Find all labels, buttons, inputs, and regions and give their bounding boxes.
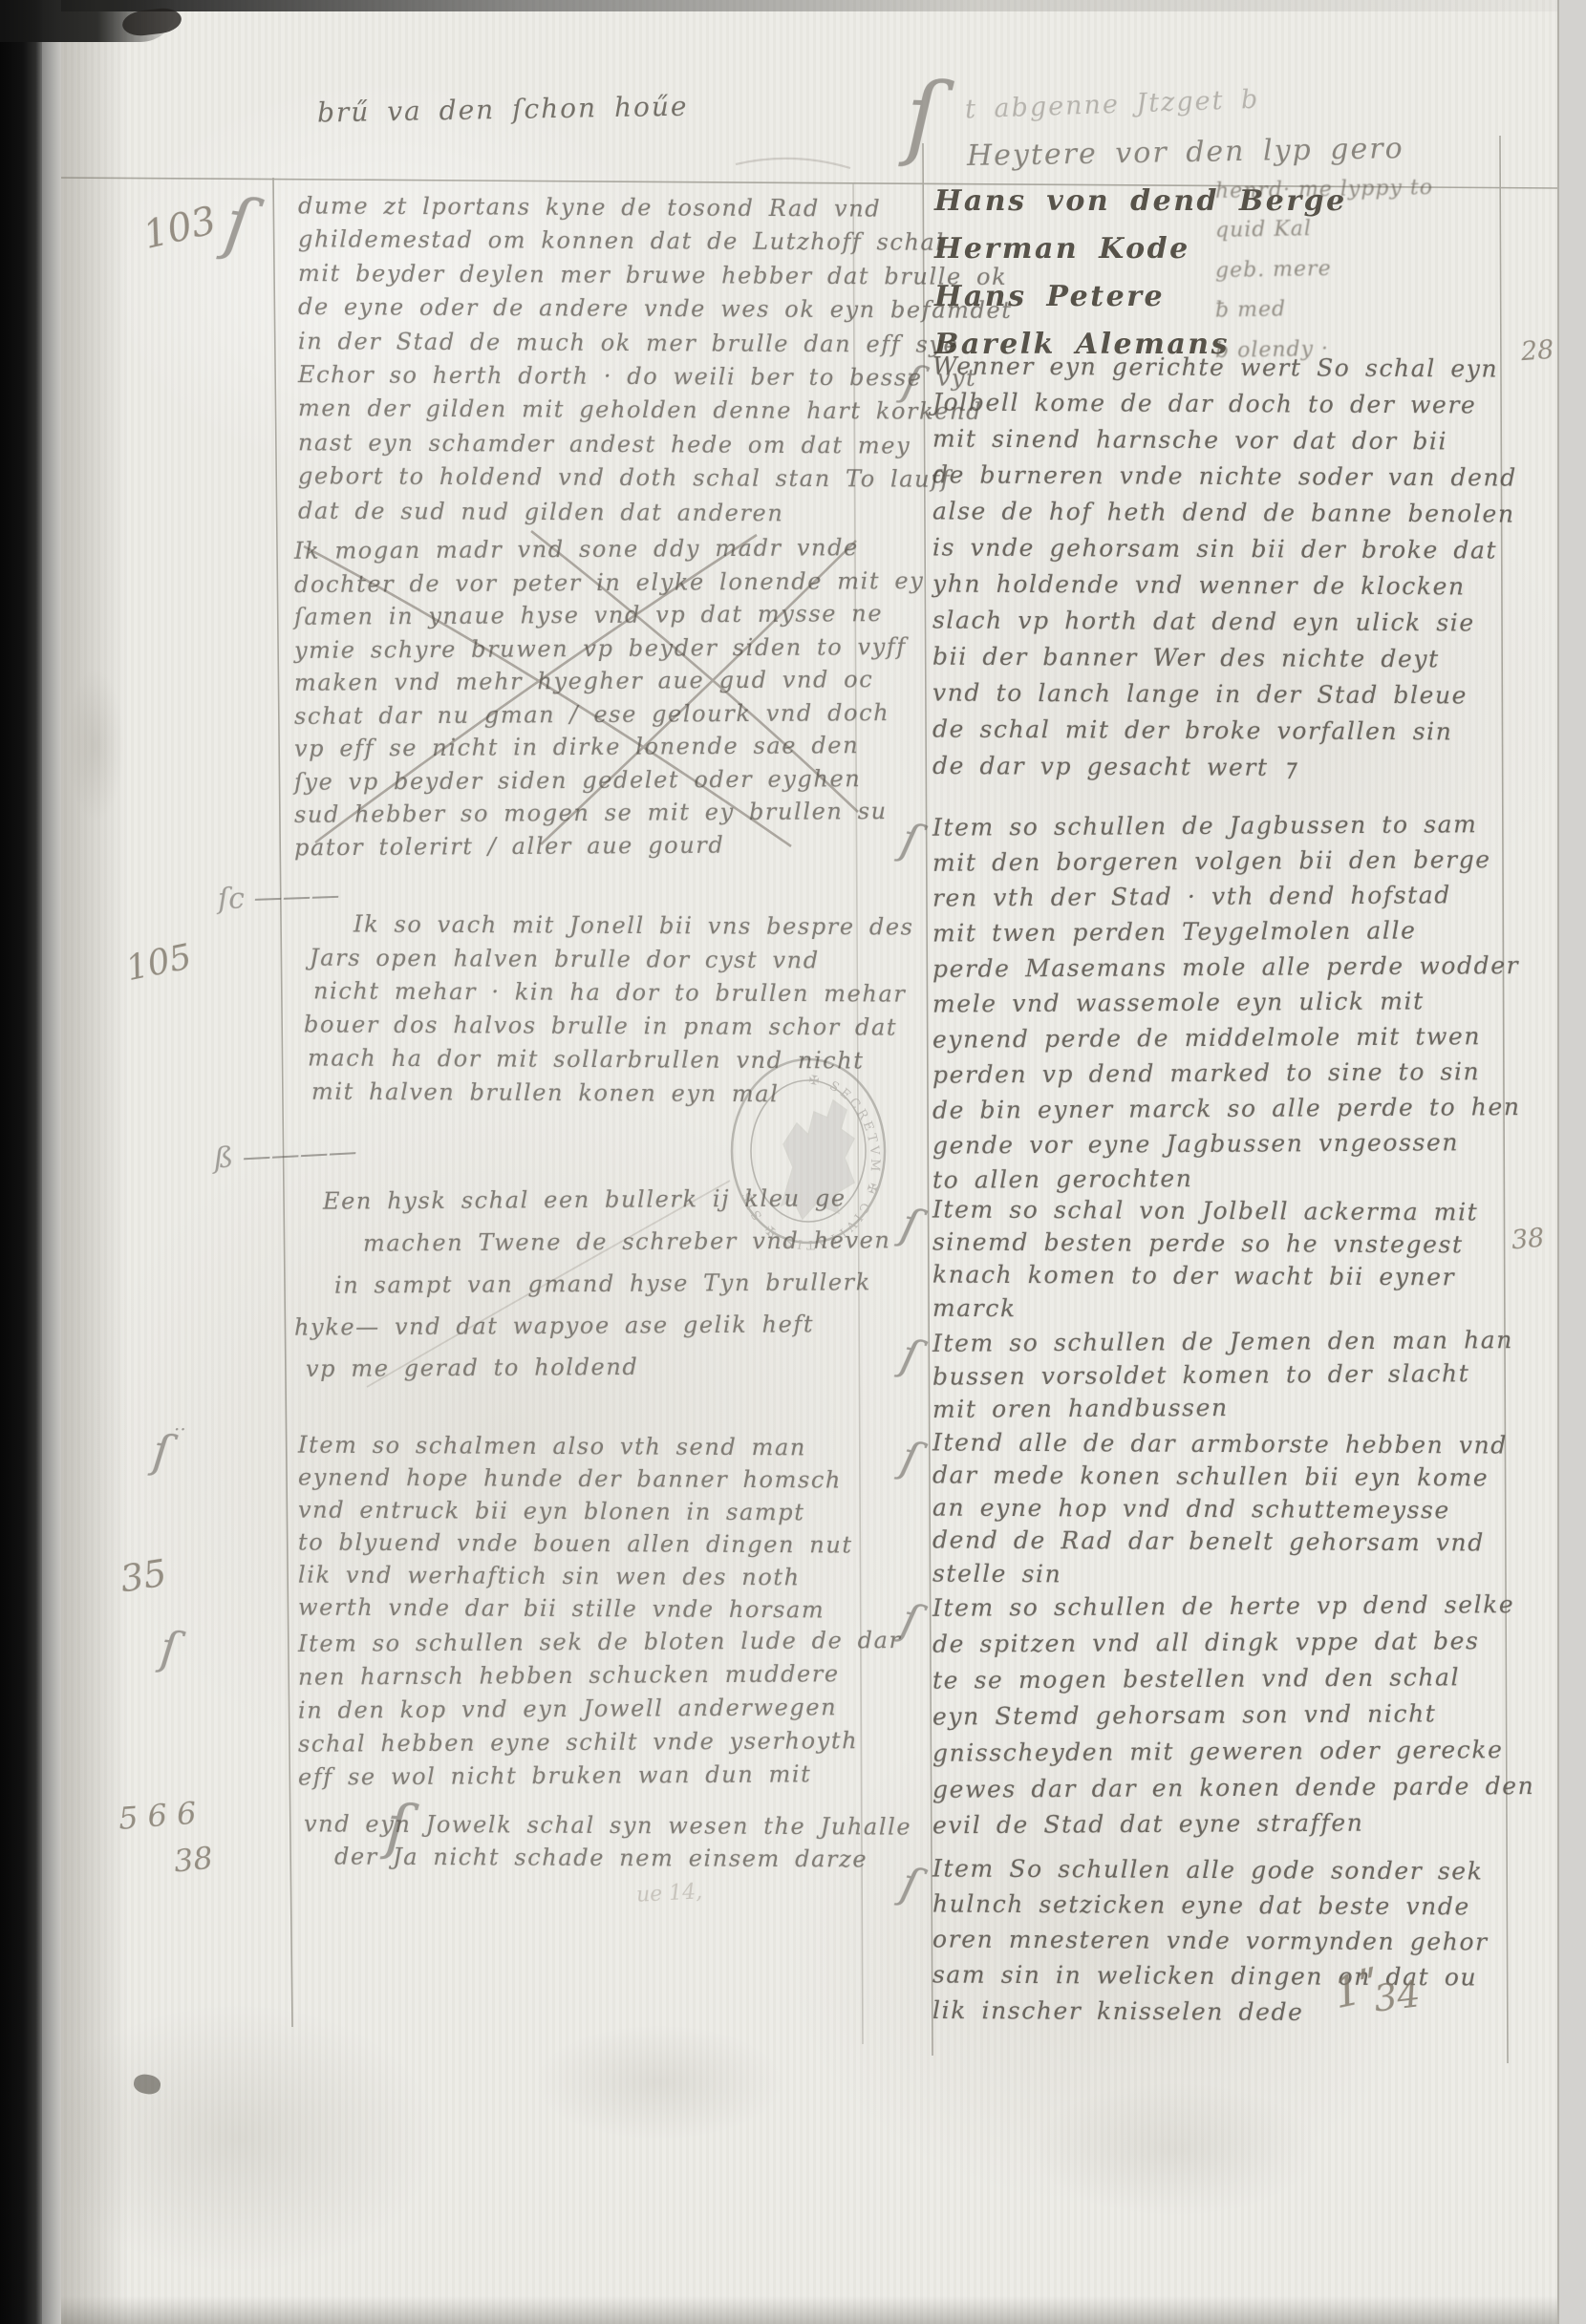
manuscript-text-line: gebort to holdend vnd doth schal stan To… xyxy=(298,462,951,493)
manuscript-text-line: schal hebben eyne schilt vnde yserhoyth xyxy=(298,1727,858,1758)
manuscript-text-line: ſamen in ynaue hyse vnd vp dat mysse ne xyxy=(294,600,883,630)
manuscript-text-line: ſye vp beyder siden gedelet oder eyghen xyxy=(294,765,861,796)
manuscript-text-line: Jolbell kome de dar doch to der were xyxy=(932,389,1477,419)
manuscript-text-line: sinemd besten perde so he vnstegest xyxy=(932,1228,1464,1259)
manuscript-text-line: nast eyn schamder andest hede om dat mey xyxy=(298,429,911,458)
manuscript-text-line: in den kop vnd eyn Jowell anderwegen xyxy=(298,1694,837,1723)
manuscript-text-line: mach ha dor mit sollarbrullen vnd nicht xyxy=(308,1044,865,1074)
manuscript-text-line: stelle sin xyxy=(932,1560,1061,1588)
name-note: b olendy · xyxy=(1215,337,1329,363)
flourish-stroke xyxy=(736,159,850,168)
manuscript-text-line: eynend hope hunde der banner homsch xyxy=(298,1464,842,1494)
manuscript-text-line: oren mnesteren vnde vormynden gehor xyxy=(932,1925,1489,1955)
manuscript-text-line: ghildemestad om konnen dat de Lutzhoff s… xyxy=(298,226,945,257)
manuscript-text-line: Ik mogan madr vnd sone ddy madr vnde xyxy=(294,534,859,565)
manuscript-text-line: slach vp horth dat dend eyn ulick sie xyxy=(932,607,1475,637)
manuscript-text-line: to allen gerochten xyxy=(932,1164,1193,1194)
paragraph-mark: ſc ——— xyxy=(217,879,340,916)
manuscript-text-line: is vnde gehorsam sin bii der broke dat xyxy=(932,533,1497,564)
margin-number: 38 xyxy=(172,1840,214,1880)
manuscript-text-line: dat de sud nud gilden dat anderen xyxy=(298,497,784,526)
manuscript-text-line: Item so schullen sek de bloten lude de d… xyxy=(298,1627,902,1657)
name-note: ƀ med xyxy=(1215,297,1286,322)
manuscript-scan-page: ✠ SECRETVM ✠ CIVITATIS ✠ SIS brű va den … xyxy=(0,0,1586,2324)
manuscript-text-line: men der gilden mit geholden denne hart k… xyxy=(298,395,982,426)
manuscript-text-line: mit oren handbussen xyxy=(932,1394,1229,1423)
manuscript-text-line: vp eff se nicht in dirke lonende sae den xyxy=(294,732,859,762)
name-note: quid Kal xyxy=(1215,217,1312,243)
manuscript-text-line: bussen vorsoldet komen to der slacht xyxy=(932,1359,1470,1390)
manuscript-text-line: Echor so herth dorth · do weili ber to b… xyxy=(298,361,976,392)
manuscript-text-line: nicht mehar · kin ha dor to brullen meha… xyxy=(313,977,907,1007)
manuscript-text-line: perde Masemans mole alle perde wodder xyxy=(932,951,1519,983)
left-page-heading: brű va den ſchon hoűe xyxy=(317,91,689,129)
manuscript-text-line: nen harnsch hebben schucken muddere xyxy=(298,1660,840,1690)
manuscript-text-line: lik vnd werhaftich sin wen des noth xyxy=(298,1562,801,1591)
manuscript-text-line: mit beyder deylen mer bruwe hebber dat b… xyxy=(298,260,1007,290)
manuscript-text-line: Itend alle de dar armborste hebben vnd xyxy=(932,1428,1508,1459)
manuscript-text-line: eff se wol nicht bruken wan dun mit xyxy=(298,1760,812,1790)
manuscript-text-line: pator tolerirt / aller aue gourd xyxy=(294,831,724,861)
manuscript-text-line: hyke— vnd dat wapyoe ase gelik heft xyxy=(294,1311,814,1340)
manuscript-text-line: evil de Stad dat eyne straffen xyxy=(932,1809,1364,1840)
manuscript-text-line: gende vor eyne Jagbussen vngeossen xyxy=(932,1128,1459,1159)
manuscript-text-line: gnisscheyden mit geweren oder gerecke xyxy=(932,1736,1504,1767)
manuscript-text-line: Item So schullen alle gode sonder sek xyxy=(932,1854,1484,1885)
manuscript-text-line: eyn Stemd gehorsam son vnd nicht xyxy=(932,1699,1437,1730)
manuscript-text-line: mit sinend harnsche vor dat dor bii xyxy=(932,425,1447,456)
manuscript-text-line: mit halven brullen konen eyn mal xyxy=(311,1078,780,1108)
manuscript-text-line: schat dar nu gman / ese gelourk vnd doch xyxy=(294,699,889,730)
name-note: henrd· me lyppy to xyxy=(1215,176,1433,203)
right-column-left-rule xyxy=(923,143,932,2056)
manuscript-text-line: bouer dos halvos brulle in pnam schor da… xyxy=(304,1011,897,1040)
manuscript-text-line: de bin eyner marck so alle perde to hen xyxy=(932,1093,1521,1124)
manuscript-text-line: ren vth der Stad · vth dend hofstad xyxy=(932,881,1451,911)
manuscript-text-line: Item so schalmen also vth send man xyxy=(298,1432,806,1461)
manuscript-text-line: sud hebber so mogen se mit ey brullen su xyxy=(294,798,888,828)
manuscript-text-line: vp me gerad to holdend xyxy=(306,1354,639,1382)
manuscript-text-line: vnd entruck bii eyn blonen in sampt xyxy=(298,1497,805,1526)
margin-number: 28 xyxy=(1520,335,1554,367)
manuscript-text-line: dend de Rad dar benelt gehorsam vnd xyxy=(932,1525,1485,1556)
manuscript-text-line: de burneren vnde nichte soder van dend xyxy=(932,460,1517,491)
manuscript-text-line: hulnch setzicken eyne dat beste vnde xyxy=(932,1890,1470,1921)
manuscript-text-line: in sampt van gmand hyse Tyn brullerk xyxy=(334,1269,871,1298)
manuscript-text-line: an eyne hop vnd dnd schuttemeysse xyxy=(932,1494,1450,1524)
manuscript-text-line: de schal mit der broke vorfallen sin xyxy=(932,715,1453,746)
margin-number: 38 xyxy=(1511,1224,1546,1256)
name-note: geb. mere xyxy=(1215,257,1332,283)
manuscript-text-line: vnd to lanch lange in der Stad bleue xyxy=(932,679,1468,710)
manuscript-text-line: machen Twene de schreber vnd heven xyxy=(363,1226,891,1256)
left-column-rule xyxy=(273,178,292,2027)
name-entry: Hans Petere xyxy=(934,280,1165,313)
margin-number: 5 6 6 xyxy=(118,1795,198,1837)
margin-number: 34 xyxy=(1371,1972,1422,2020)
manuscript-text-line: lik inscher knisselen dede xyxy=(932,1996,1304,2026)
name-entry: Herman Kode xyxy=(934,232,1190,266)
manuscript-text-line: dochter de vor peter in elyke lonende mi… xyxy=(294,566,925,597)
manuscript-text-line: Item so schal von Jolbell ackerma mit xyxy=(932,1196,1478,1226)
manuscript-text-line: mit twen perden Teygelmolen alle xyxy=(932,916,1417,947)
manuscript-text-line: gewes dar dar en konen dende parde den xyxy=(932,1772,1534,1803)
manuscript-text-line: yhn holdende vnd wenner de klocken xyxy=(932,570,1466,601)
paragraph-mark: ſ xyxy=(383,1791,411,1863)
manuscript-text-line: Ik so vach mit Jonell bii vns bespre des xyxy=(354,910,914,940)
manuscript-text-line: Een hysk schal een bullerk ij kleu ge xyxy=(323,1184,847,1214)
manuscript-text-line: der Ja nicht schade nem einsem darze xyxy=(334,1844,868,1873)
manuscript-text-line: te se mogen bestellen vnd den schal xyxy=(932,1663,1460,1694)
manuscript-text-line: knach komen to der wacht bii eyner xyxy=(932,1261,1455,1291)
manuscript-text-line: Item so schullen de Jemen den man han xyxy=(932,1326,1513,1357)
name-entry: Barelk Alemans xyxy=(934,328,1230,361)
manuscript-text-line: werth vnde dar bii stille vnde horsam xyxy=(298,1594,825,1624)
paragraph-mark: ·· xyxy=(174,1418,186,1440)
manuscript-text-line: Item so schullen de herte vp dend selke xyxy=(932,1590,1515,1622)
manuscript-text-line: mele vnd wassemole eyn ulick mit xyxy=(932,987,1425,1017)
manuscript-text-line: dar mede konen schullen bii eyn kome xyxy=(932,1460,1489,1491)
manuscript-text-line: eynend perde de middelmole mit twen xyxy=(932,1022,1481,1054)
manuscript-text-line: Item so schullen de Jagbussen to sam xyxy=(932,810,1478,841)
manuscript-text-line: Jars open halven brulle dor cyst vnd xyxy=(310,945,820,974)
manuscript-text-line: dume zt lportans kyne de tosond Rad vnd xyxy=(298,192,881,222)
manuscript-text-line: alse de hof heth dend de banne benolen xyxy=(932,497,1515,527)
manuscript-text-line: de spitzen vnd all dingk vppe dat bes xyxy=(932,1627,1480,1657)
manuscript-text-line: mit den borgeren volgen bii den berge xyxy=(932,845,1491,877)
margin-number: 35 xyxy=(118,1551,170,1600)
manuscript-text-line: de eyne oder de andere vnde wes ok eyn b… xyxy=(298,293,1013,324)
margin-number: ue 14, xyxy=(635,1880,702,1908)
paragraph-mark: ſ xyxy=(904,62,941,170)
manuscript-text-line: perden vp dend marked to sine to sin xyxy=(932,1057,1480,1089)
manuscript-text-line: to blyuend vnde bouen allen dingen nut xyxy=(298,1528,853,1558)
manuscript-text-line: in der Stad de much ok mer brulle dan ef… xyxy=(298,328,958,358)
manuscript-text-line: marck xyxy=(932,1294,1017,1322)
manuscript-text-line: ymie schyre bruwen vp beyder siden to vy… xyxy=(294,633,907,664)
manuscript-text-line: de dar vp gesacht wert ⁊ xyxy=(932,752,1297,781)
manuscript-text-line: bii der banner Wer des nichte deyt xyxy=(932,643,1440,673)
manuscript-text-line: maken vnd mehr hyegher aue gud vnd oc xyxy=(294,666,873,696)
